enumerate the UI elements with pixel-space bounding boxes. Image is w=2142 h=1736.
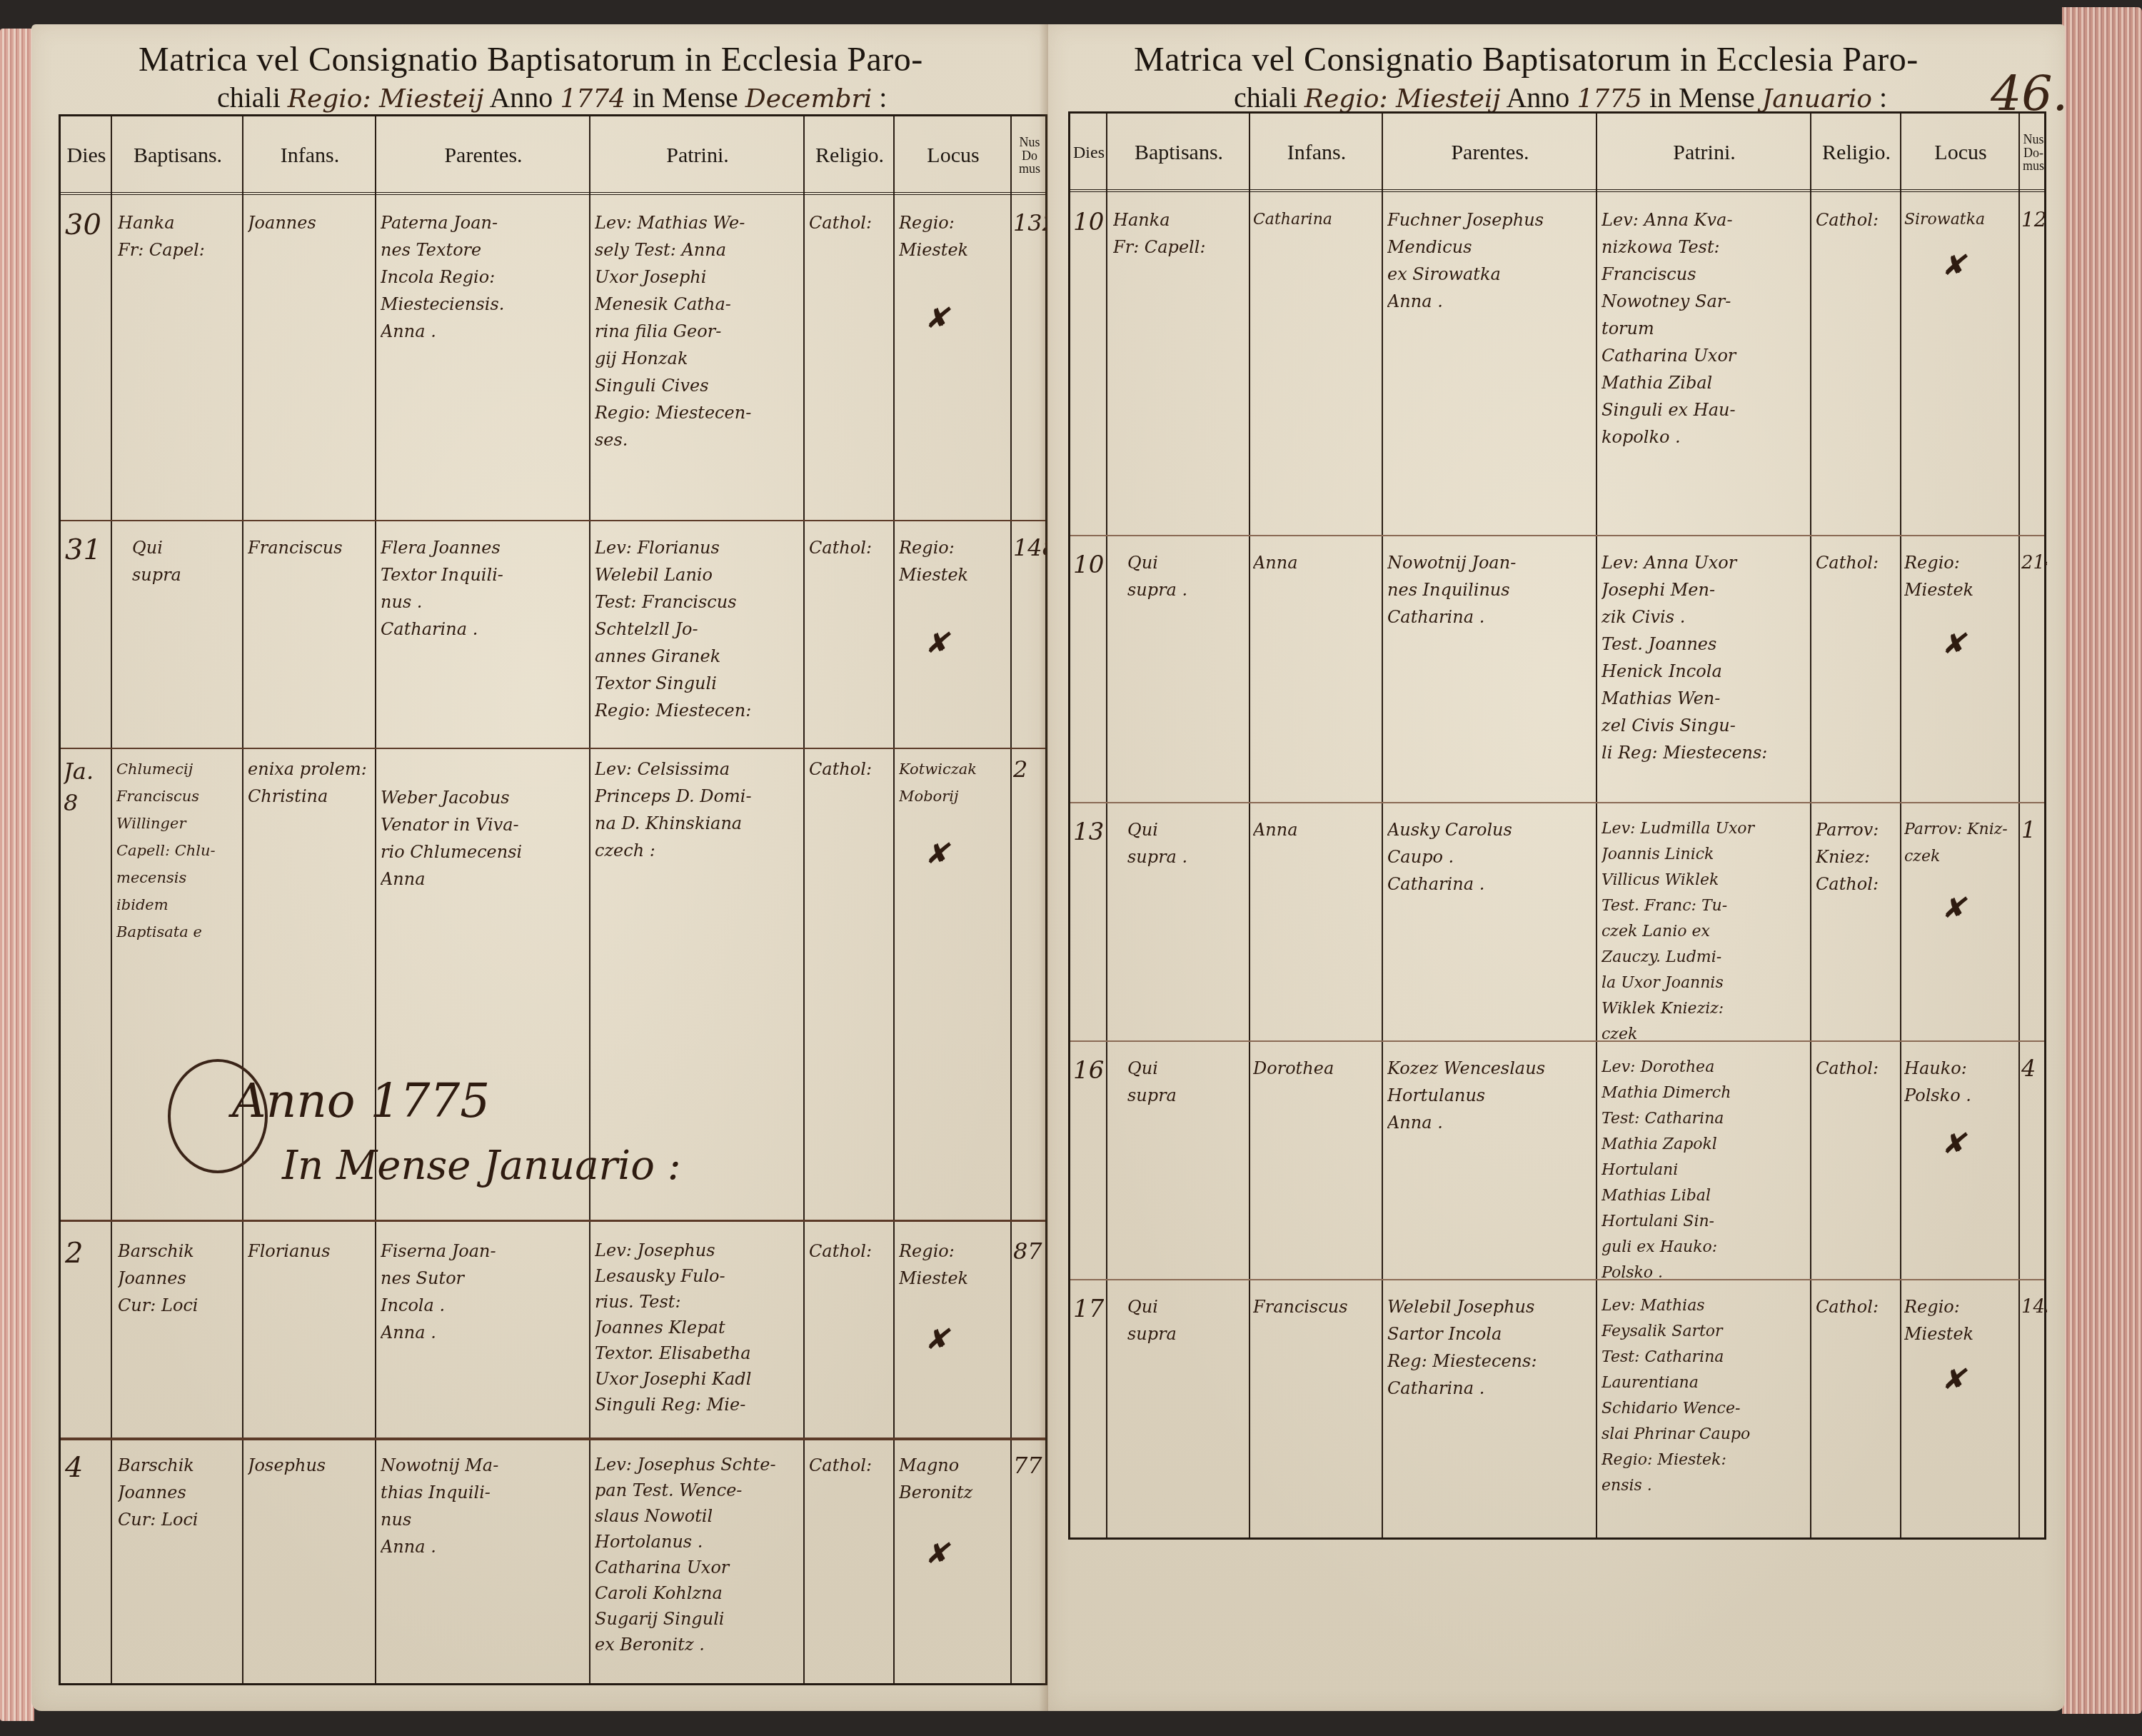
- header-year: 1775: [1577, 84, 1642, 114]
- cross-mark-icon: ✘: [925, 1323, 949, 1356]
- entry-religio: Cathol:: [1816, 1055, 1901, 1082]
- entry-parentes: Weber Jacobus Venator in Viva- rio Chlum…: [381, 784, 590, 893]
- entry-parentes: Nowotnij Ma- thias Inquili- nus Anna .: [381, 1452, 590, 1560]
- entry-baptisans: Qui supra: [1127, 1055, 1250, 1109]
- header-anno: Anno: [1506, 81, 1569, 114]
- header-baptisans: Baptisans.: [1107, 114, 1250, 192]
- row-separator: [61, 520, 1045, 521]
- header-place: Regio: Miesteij: [1304, 84, 1501, 114]
- col-religio: [805, 116, 895, 1683]
- header-year: 1774: [560, 84, 625, 114]
- row-separator: [61, 1220, 1045, 1222]
- row-separator: [1070, 1279, 2044, 1280]
- cross-mark-icon: ✘: [925, 627, 949, 660]
- entry-infans: Dorothea: [1253, 1055, 1383, 1082]
- left-page: Matrica vel Consignatio Baptisatorum in …: [31, 24, 1048, 1711]
- entry-parentes: Nowotnij Joan- nes Inquilinus Catharina …: [1387, 549, 1597, 631]
- header-in-mense: in Mense: [633, 81, 738, 114]
- entry-house-number: 1: [2021, 816, 2047, 843]
- entry-patrini: Lev: Anna Kva- nizkowa Test: Franciscus …: [1602, 206, 1811, 451]
- entry-baptisans: Barschik Joannes Cur: Loci: [118, 1238, 243, 1319]
- entry-baptisans: Qui supra .: [1127, 816, 1250, 870]
- cross-mark-icon: ✘: [1941, 1363, 1966, 1396]
- entry-parentes: Flera Joannes Textor Inquili- nus . Cath…: [381, 534, 590, 643]
- entry-dies: 16: [1073, 1055, 1104, 1086]
- year-month-banner: Anno 1775 In Mense Januario :: [232, 1073, 681, 1189]
- entry-religio: Cathol:: [809, 756, 895, 783]
- entry-parentes: Welebil Josephus Sartor Incola Reg: Mies…: [1387, 1293, 1597, 1402]
- entry-dies: 2: [65, 1238, 83, 1269]
- entry-parentes: Paterna Joan- nes Textore Incola Regio: …: [381, 209, 590, 345]
- row-separator: [1070, 1040, 2044, 1042]
- entry-religio: Parrov: Kniez: Cathol:: [1816, 816, 1901, 898]
- entry-infans: Franciscus: [248, 534, 376, 561]
- open-register-book: Matrica vel Consignatio Baptisatorum in …: [0, 0, 2142, 1736]
- cross-mark-icon: ✘: [925, 838, 949, 870]
- entry-locus: Magno Beronitz: [899, 1452, 1012, 1506]
- entry-patrini: Lev: Josephus Schte- pan Test. Wence- sl…: [595, 1452, 805, 1657]
- header-infans: Infans.: [1250, 114, 1383, 192]
- entry-patrini: Lev: Josephus Lesausky Fulo- rius. Test:…: [595, 1238, 805, 1418]
- entry-dies: 10: [1073, 206, 1104, 238]
- header-subtitle: chiali Regio: Miesteij Anno 1775 in Mens…: [1234, 81, 1919, 114]
- row-separator: [1070, 802, 2044, 803]
- cross-mark-icon: ✘: [1941, 628, 1966, 661]
- col-locus: [895, 116, 1012, 1683]
- entry-religio: Cathol:: [809, 1452, 895, 1479]
- header-locus: Locus: [895, 116, 1012, 195]
- entry-religio: Cathol:: [809, 534, 895, 561]
- col-parentes: [376, 116, 590, 1683]
- entry-patrini: Lev: Mathias Feysalik Sartor Test: Catha…: [1602, 1293, 1811, 1499]
- header-locus: Locus: [1901, 114, 2020, 192]
- header-chiali: chiali: [1234, 81, 1297, 114]
- header-patrini: Patrini.: [590, 116, 805, 195]
- header-religio: Religio.: [805, 116, 895, 195]
- left-page-header: Matrica vel Consignatio Baptisatorum in …: [139, 40, 923, 114]
- row-separator: [61, 1438, 1045, 1440]
- right-page-edges: [2062, 7, 2142, 1714]
- entry-infans: Catharina: [1253, 206, 1383, 234]
- cross-mark-icon: ✘: [925, 302, 949, 335]
- col-dies: [61, 116, 112, 1683]
- entry-parentes: Ausky Carolus Caupo . Catharina .: [1387, 816, 1597, 898]
- entry-patrini: Lev: Dorothea Mathia Dimerch Test: Catha…: [1602, 1055, 1811, 1286]
- right-register-table: Dies Baptisans. Infans. Parentes. Patrin…: [1068, 111, 2046, 1540]
- entry-infans: Anna: [1253, 549, 1383, 576]
- entry-patrini: Lev: Florianus Welebil Lanio Test: Franc…: [595, 534, 805, 724]
- entry-baptisans: Qui supra: [132, 534, 243, 588]
- header-place: Regio: Miesteij: [288, 84, 484, 114]
- cross-mark-icon: ✘: [1941, 892, 1966, 925]
- entry-patrini: Lev: Mathias We- sely Test: Anna Uxor Jo…: [595, 209, 805, 453]
- entry-locus: Regio: Miestek: [1904, 1293, 2020, 1348]
- cross-mark-icon: ✘: [925, 1537, 949, 1570]
- entry-infans: Franciscus: [1253, 1293, 1383, 1320]
- header-parentes: Parentes.: [1383, 114, 1597, 192]
- entry-religio: Cathol:: [1816, 1293, 1901, 1320]
- left-register-table: Dies Baptisans. Infans. Parentes. Patrin…: [59, 114, 1047, 1685]
- col-infans: [243, 116, 376, 1683]
- header-dies: Dies: [1070, 114, 1107, 192]
- entry-baptisans: Qui supra .: [1127, 549, 1250, 603]
- header-nus: Nus: [1019, 136, 1040, 149]
- entry-house-number: 143: [2021, 1293, 2047, 1320]
- header-title: Matrica vel Consignatio Baptisatorum in …: [139, 40, 923, 79]
- header-colon: :: [879, 81, 887, 114]
- entry-infans: enixa prolem: Christina: [248, 756, 376, 810]
- header-chiali: chiali: [217, 81, 281, 114]
- right-page: Matrica vel Consignatio Baptisatorum in …: [1048, 24, 2065, 1711]
- entry-infans: Anna: [1253, 816, 1383, 843]
- cross-mark-icon: ✘: [1941, 1128, 1966, 1160]
- entry-locus: Regio: Miestek: [899, 1238, 1012, 1292]
- entry-locus: Regio: Miestek: [899, 534, 1012, 588]
- header-parentes: Parentes.: [376, 116, 590, 195]
- entry-locus: Kotwiczak Moborij: [899, 756, 1012, 810]
- entry-religio: Cathol:: [809, 209, 895, 236]
- entry-locus: Hauko: Polsko .: [1904, 1055, 2020, 1109]
- entry-baptisans: Qui supra: [1127, 1293, 1250, 1348]
- entry-baptisans: Chlumecij Franciscus Willinger Capell: C…: [116, 756, 243, 945]
- entry-dies: 13: [1073, 816, 1104, 848]
- entry-parentes: Fuchner Josephus Mendicus ex Sirowatka A…: [1387, 206, 1597, 315]
- entry-baptisans: Hanka Fr: Capel:: [118, 209, 243, 264]
- entry-infans: Florianus: [248, 1238, 376, 1265]
- entry-locus: Regio: Miestek: [899, 209, 1012, 264]
- entry-patrini: Lev: Anna Uxor Josephi Men- zik Civis . …: [1602, 549, 1811, 766]
- header-mus: mus: [1019, 162, 1040, 176]
- row-separator: [1070, 535, 2044, 536]
- banner-month: In Mense Januario :: [282, 1143, 681, 1189]
- entry-infans: Joannes: [248, 209, 376, 236]
- entry-patrini: Lev: Ludmilla Uxor Joannis Linick Villic…: [1602, 816, 1811, 1048]
- header-subtitle: chiali Regio: Miesteij Anno 1774 in Mens…: [217, 81, 923, 114]
- header-infans: Infans.: [243, 116, 376, 195]
- entry-locus: Parrov: Kniz- czek: [1904, 816, 2020, 870]
- entry-house-number: 214: [2021, 549, 2047, 576]
- header-mus: mus: [2023, 159, 2044, 173]
- entry-religio: Cathol:: [1816, 206, 1901, 234]
- header-anno: Anno: [489, 81, 553, 114]
- entry-house-number: 4: [2021, 1055, 2047, 1082]
- header-numerus-domus: Nus Do- mus: [2020, 114, 2047, 192]
- right-page-header: Matrica vel Consignatio Baptisatorum in …: [1134, 40, 1919, 114]
- header-in-mense: in Mense: [1649, 81, 1755, 114]
- header-colon: :: [1879, 81, 1887, 114]
- header-patrini: Patrini.: [1597, 114, 1811, 192]
- entry-dies: 10: [1073, 549, 1104, 581]
- entry-religio: Cathol:: [809, 1238, 895, 1265]
- header-dies: Dies: [61, 116, 112, 195]
- entry-dies: 31: [65, 534, 101, 566]
- entry-religio: Cathol:: [1816, 549, 1901, 576]
- header-religio: Religio.: [1811, 114, 1901, 192]
- entry-patrini: Lev: Celsissima Princeps D. Domi- na D. …: [595, 756, 805, 864]
- row-separator: [61, 748, 1045, 749]
- entry-parentes: Fiserna Joan- nes Sutor Incola . Anna .: [381, 1238, 590, 1346]
- header-do: Do: [1022, 149, 1037, 163]
- header-do: Do-: [2023, 146, 2043, 160]
- header-month: Decembri: [745, 84, 873, 114]
- entry-dies: 17: [1073, 1293, 1104, 1325]
- entry-parentes: Kozez Wenceslaus Hortulanus Anna .: [1387, 1055, 1597, 1136]
- banner-year: Anno 1775: [232, 1073, 681, 1128]
- left-page-edges: [0, 29, 34, 1721]
- header-baptisans: Baptisans.: [112, 116, 243, 195]
- entry-dies: Ja. 8: [64, 756, 112, 818]
- cross-mark-icon: ✘: [1941, 249, 1966, 282]
- entry-baptisans: Barschik Joannes Cur: Loci: [118, 1452, 243, 1533]
- entry-dies: 4: [65, 1452, 83, 1483]
- header-month: Januario: [1762, 84, 1872, 114]
- header-nus: Nus: [2023, 133, 2043, 146]
- entry-baptisans: Hanka Fr: Capell:: [1113, 206, 1250, 261]
- entry-locus: Regio: Miestek: [1904, 549, 2020, 603]
- header-title: Matrica vel Consignatio Baptisatorum in …: [1134, 40, 1919, 79]
- entry-dies: 30: [65, 209, 101, 241]
- entry-house-number: 12: [2021, 206, 2047, 234]
- entry-locus: Sirowatka: [1904, 206, 2020, 234]
- entry-infans: Josephus: [248, 1452, 376, 1479]
